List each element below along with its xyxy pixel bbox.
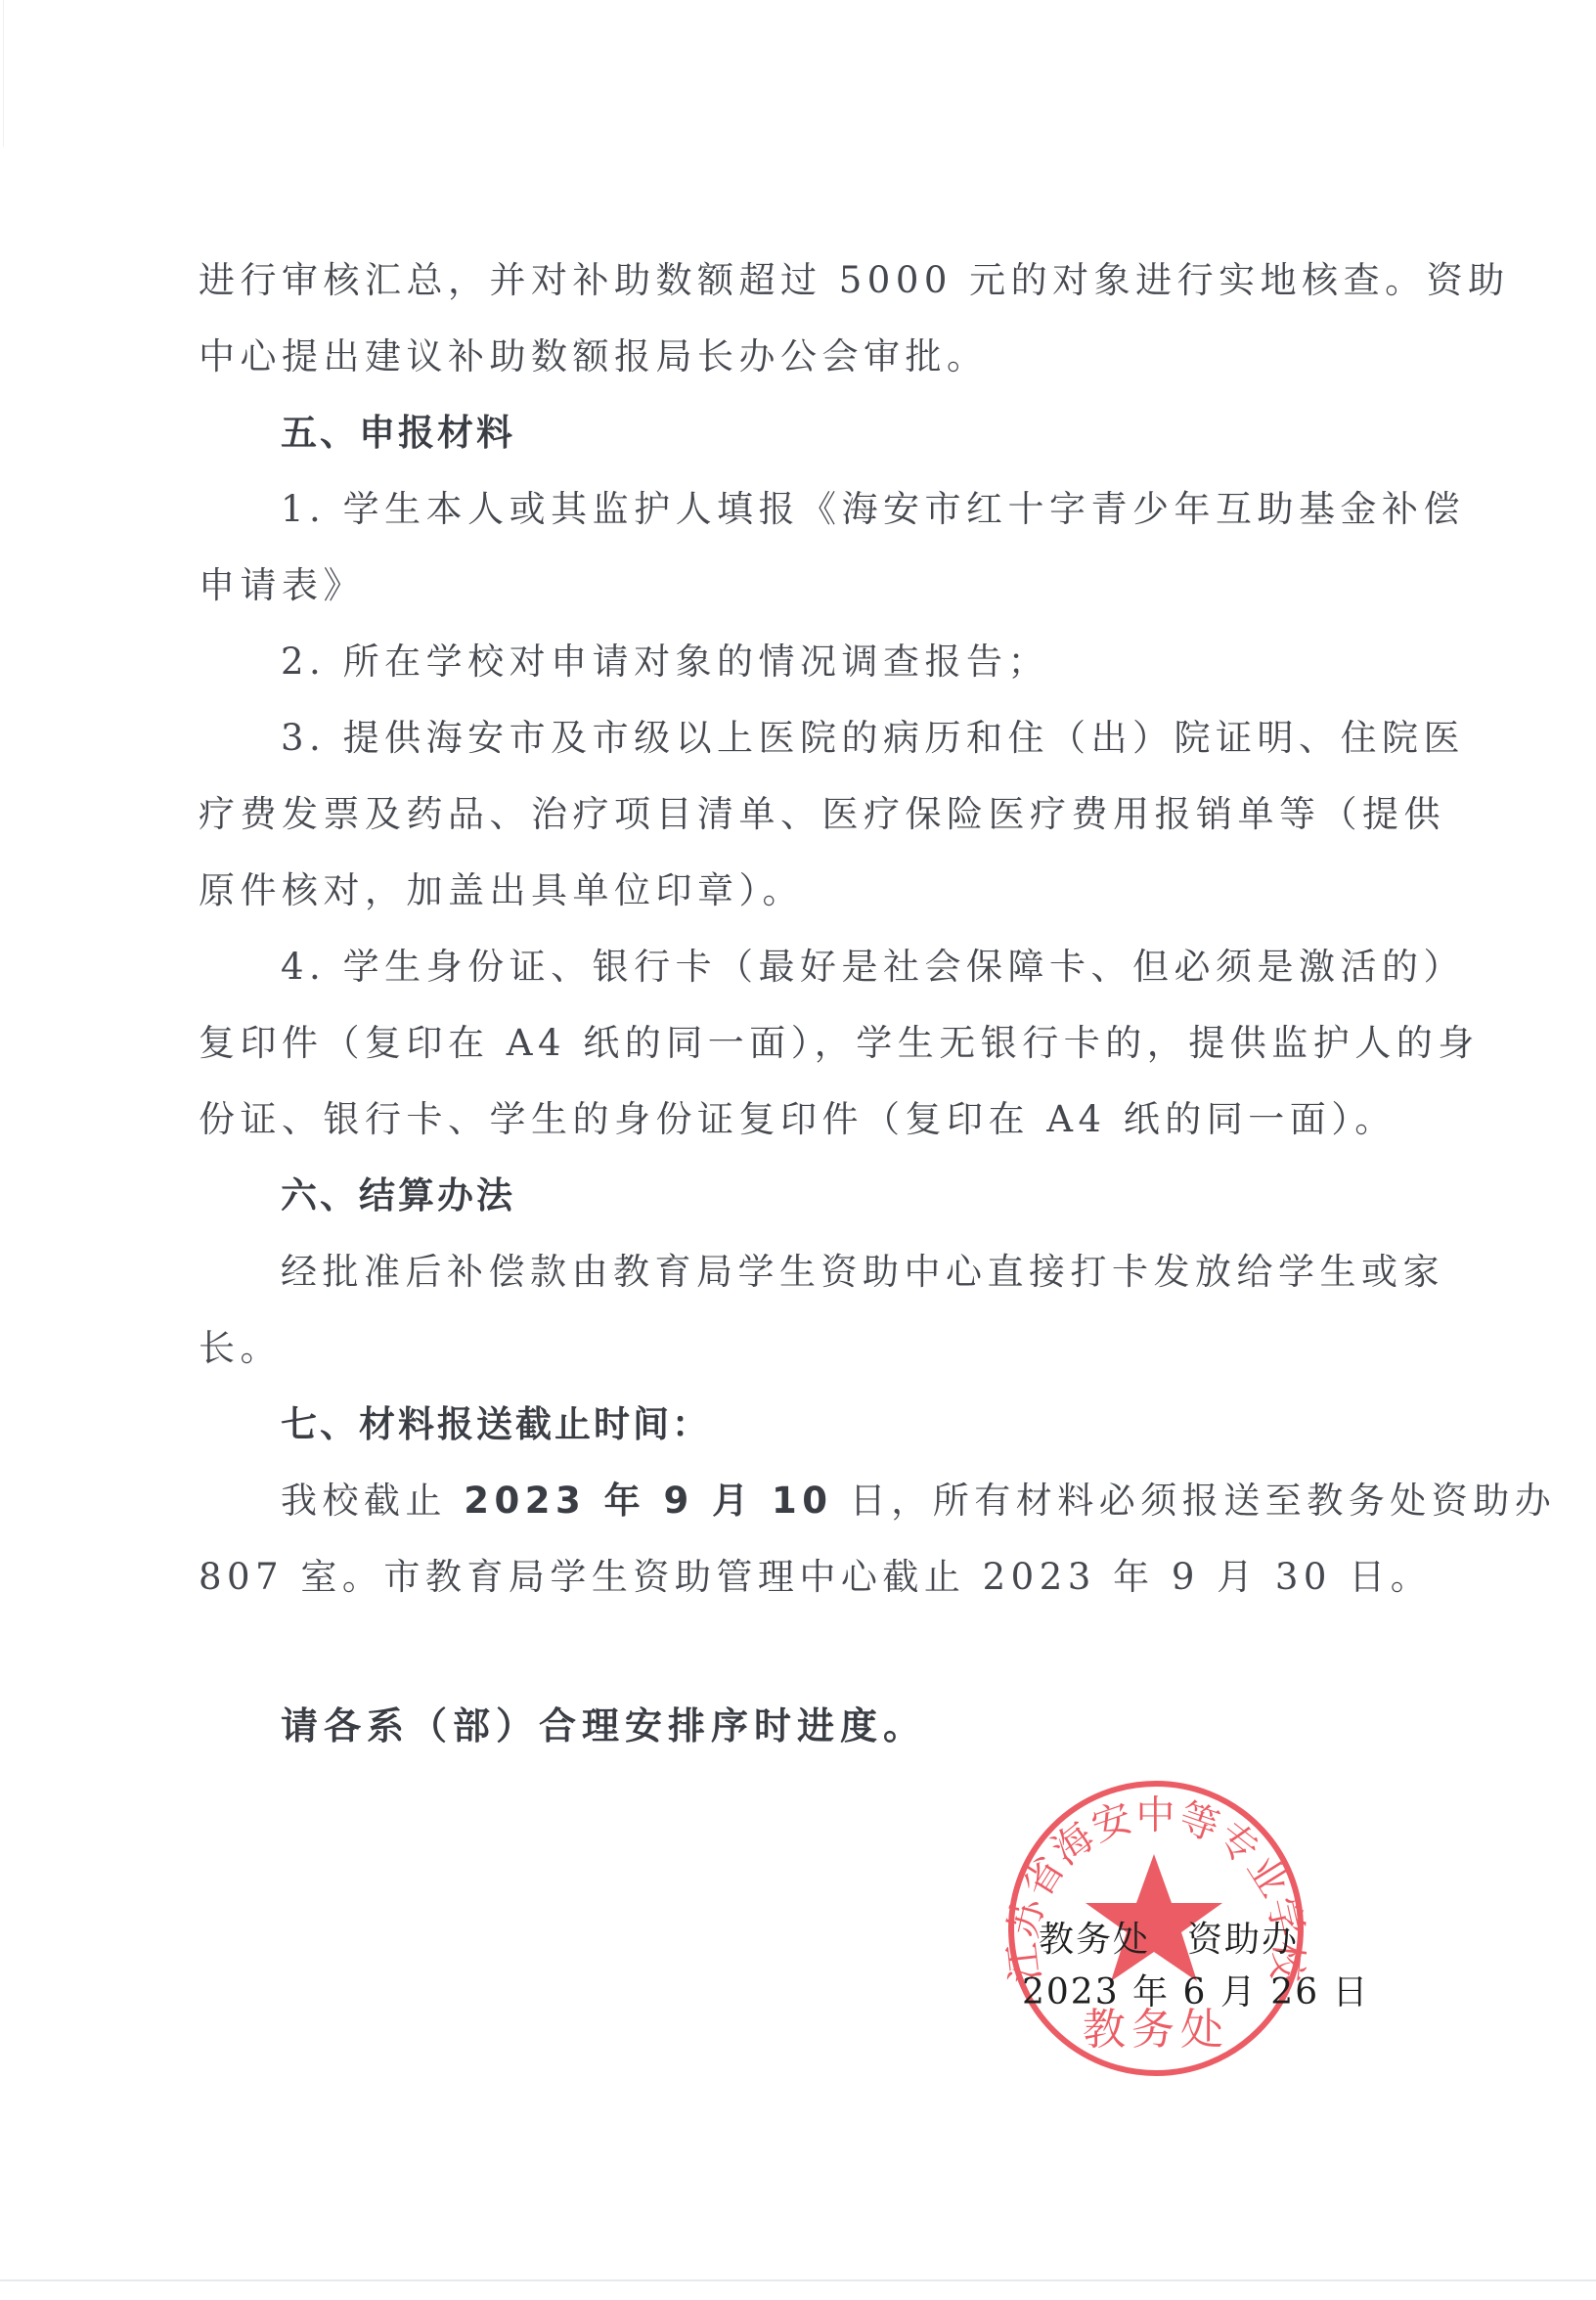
- list-item-1-line: 1. 学生本人或其监护人填报《海安市红十字青少年互助基金补偿: [281, 487, 1532, 532]
- deadline-line: 我校截止 2023 年 9 月 10 日，所有材料必须报送至教务处资助办: [281, 1479, 1532, 1524]
- list-item-4-line: 份证、银行卡、学生的身份证复印件（复印在 A4 纸的同一面）。: [199, 1097, 1450, 1142]
- paragraph-line: 中心提出建议补助数额报局长办公会审批。: [199, 334, 1450, 379]
- document-page: 进行审核汇总，并对补助数额超过 5000 元的对象进行实地核查。资助 中心提出建…: [0, 0, 1596, 2300]
- paragraph-line: 进行审核汇总，并对补助数额超过 5000 元的对象进行实地核查。资助: [199, 258, 1450, 303]
- closing-line: 请各系（部）合理安排序时进度。: [281, 1703, 1532, 1748]
- paragraph-line: 经批准后补偿款由教育局学生资助中心直接打卡发放给学生或家: [281, 1250, 1532, 1295]
- issue-date: 2023 年 6 月 26 日: [1022, 1971, 1370, 2014]
- list-item-3-line: 疗费发票及药品、治疗项目清单、医疗保险医疗费用报销单等（提供: [199, 792, 1450, 837]
- deadline-suffix: 日，所有材料必须报送至教务处资助办: [833, 1480, 1557, 1522]
- deadline-prefix: 我校截止: [281, 1480, 464, 1522]
- school-deadline-date: 2023 年 9 月 10: [464, 1480, 832, 1522]
- red-star-icon: [1086, 1854, 1222, 1981]
- list-item-4-line: 4. 学生身份证、银行卡（最好是社会保障卡、但必须是激活的）: [281, 945, 1532, 990]
- paragraph-line: 807 室。市教育局学生资助管理中心截止 2023 年 9 月 30 日。: [199, 1555, 1450, 1600]
- scan-bottom-edge: [0, 2279, 1596, 2281]
- issuing-departments: 教务处 资助办: [1039, 1919, 1299, 1962]
- list-item-3-line: 3. 提供海安市及市级以上医院的病历和住（出）院证明、住院医: [281, 716, 1532, 761]
- list-item-2-line: 2. 所在学校对申请对象的情况调查报告；: [281, 640, 1532, 685]
- section-heading-6: 六、结算办法: [281, 1173, 1532, 1218]
- section-heading-5: 五、申报材料: [281, 411, 1532, 456]
- list-item-4-line: 复印件（复印在 A4 纸的同一面），学生无银行卡的，提供监护人的身: [199, 1021, 1450, 1066]
- list-item-3-line: 原件核对，加盖出具单位印章）。: [199, 868, 1450, 913]
- scan-edge-line: [3, 0, 4, 147]
- section-heading-7: 七、材料报送截止时间：: [281, 1402, 1532, 1447]
- list-item-1-line: 申请表》: [199, 563, 1450, 608]
- paragraph-line: 长。: [199, 1326, 1450, 1371]
